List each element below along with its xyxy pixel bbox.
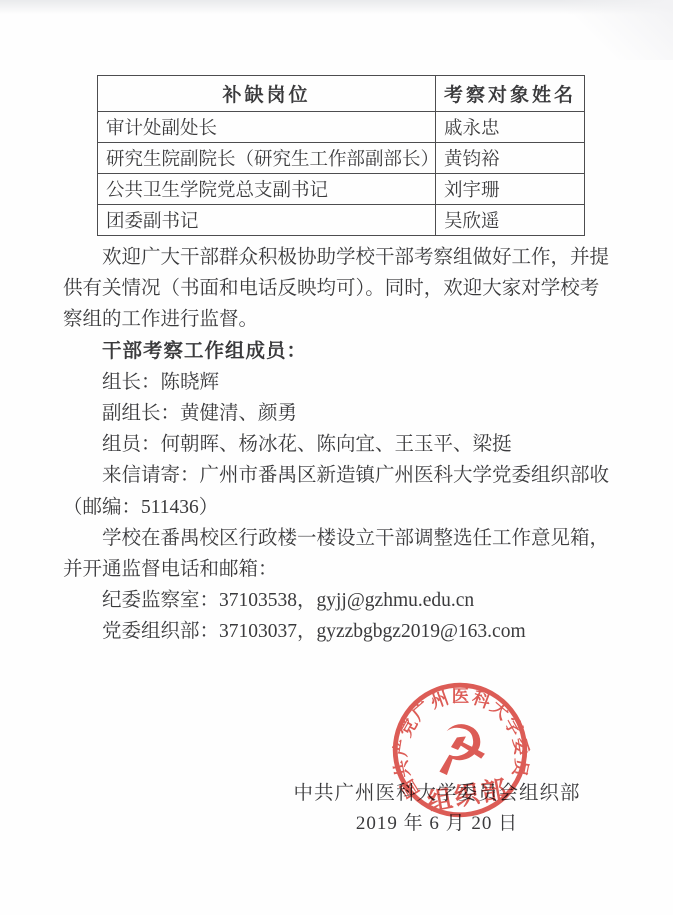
postcode-line: （邮编：511436） xyxy=(63,492,615,523)
seal-graphic: 中国共产党广州医科大学委员会 ☭ 组织部 xyxy=(367,657,552,842)
name-cell: 刘宇珊 xyxy=(436,174,585,205)
team-deputy-line: 副组长：黄健清、颜勇 xyxy=(63,398,615,429)
suggestion-box-line: 学校在番禺校区行政楼一楼设立干部调整选任工作意见箱， xyxy=(63,523,615,554)
table-row: 审计处副处长 戚永忠 xyxy=(98,112,585,143)
vacancy-inspection-table: 补缺岗位 考察对象姓名 审计处副处长 戚永忠 研究生院副院长（研究生工作部副部长… xyxy=(97,75,585,236)
team-leader-line: 组长：陈晓辉 xyxy=(63,367,615,398)
team-members-line: 组员：何朝晖、杨冰花、陈向宜、王玉平、梁挺 xyxy=(63,429,615,460)
position-cell: 审计处副处长 xyxy=(98,112,436,143)
name-cell: 戚永忠 xyxy=(436,112,585,143)
column-header-candidate-name: 考察对象姓名 xyxy=(436,76,585,112)
discipline-office-contact: 纪委监察室：37103538，gyjj@gzhmu.edu.cn xyxy=(63,585,615,616)
scan-shadow-corner xyxy=(533,0,673,60)
position-cell: 公共卫生学院党总支副书记 xyxy=(98,174,436,205)
hotline-intro-line: 并开通监督电话和邮箱： xyxy=(63,554,615,585)
team-heading: 干部考察工作组成员： xyxy=(63,336,615,367)
official-seal: 中国共产党广州医科大学委员会 ☭ 组织部 xyxy=(367,657,552,842)
column-header-position: 补缺岗位 xyxy=(98,76,436,112)
intro-line: 供有关情况（书面和电话反映均可）。同时，欢迎大家对学校考 xyxy=(63,273,615,304)
intro-line: 察组的工作进行监督。 xyxy=(63,304,615,335)
document-body: 欢迎广大干部群众积极协助学校干部考察组做好工作，并提 供有关情况（书面和电话反映… xyxy=(63,242,615,647)
position-cell: 团委副书记 xyxy=(98,205,436,236)
intro-line: 欢迎广大干部群众积极协助学校干部考察组做好工作，并提 xyxy=(63,242,615,273)
mail-address-line: 来信请寄：广州市番禺区新造镇广州医科大学党委组织部收 xyxy=(63,460,615,491)
organization-dept-contact: 党委组织部：37103037，gyzzbgbgz2019@163.com xyxy=(63,616,615,647)
table-header-row: 补缺岗位 考察对象姓名 xyxy=(98,76,585,112)
table-row: 团委副书记 吴欣遥 xyxy=(98,205,585,236)
scanned-document-page: 补缺岗位 考察对象姓名 审计处副处长 戚永忠 研究生院副院长（研究生工作部副部长… xyxy=(0,0,673,915)
table-row: 研究生院副院长（研究生工作部副部长） 黄钧裕 xyxy=(98,143,585,174)
name-cell: 吴欣遥 xyxy=(436,205,585,236)
position-cell: 研究生院副院长（研究生工作部副部长） xyxy=(98,143,436,174)
name-cell: 黄钧裕 xyxy=(436,143,585,174)
table-row: 公共卫生学院党总支副书记 刘宇珊 xyxy=(98,174,585,205)
